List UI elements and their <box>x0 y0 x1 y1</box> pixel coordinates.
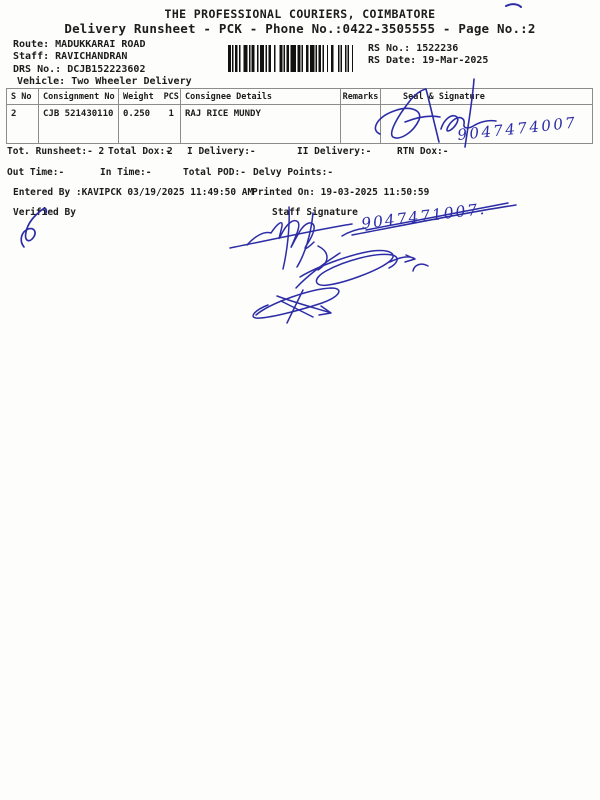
header-pcs: PCS <box>163 89 181 105</box>
rs-date-label: RS Date: <box>368 55 416 66</box>
rs-no-label: RS No.: <box>368 43 410 54</box>
header-consignee-details: Consignee Details <box>181 89 341 105</box>
rs-no-value: 1522236 <box>416 43 458 54</box>
rs-date-value: 19-Mar-2025 <box>422 55 488 66</box>
vehicle-label: Vehicle: <box>17 76 65 87</box>
runsheet-document: THE PROFESSIONAL COURIERS, COIMBATORE De… <box>0 0 600 800</box>
header-remarks: Remarks <box>341 89 381 105</box>
staff-label: Staff: <box>13 51 49 62</box>
header-consignment-no: Consignment No <box>39 89 119 105</box>
company-title: THE PROFESSIONAL COURIERS, COIMBATORE <box>0 7 600 21</box>
verified-by-label: Verified By <box>13 207 76 218</box>
vehicle-value: Two Wheeler Delivery <box>71 76 191 87</box>
out-time-label: Out Time:- <box>7 167 64 178</box>
printed-on: Printed On: 19-03-2025 11:50:59 <box>252 187 429 198</box>
staff-phone-handwriting: 9047471007. <box>360 200 487 233</box>
i-delivery-label: I Delivery:- <box>187 146 256 157</box>
total-dox-value: 2 <box>167 146 173 157</box>
rtn-dox-label: RTN Dox:- <box>397 146 448 157</box>
staff-signature-label: Staff Signature <box>272 207 358 218</box>
lower-scribble-ink <box>253 251 428 323</box>
cell-consignment-no: CJB 521430110 <box>39 105 119 144</box>
drs-line: DRS No.: DCJB152223602 <box>13 64 145 75</box>
in-time-label: In Time:- <box>100 167 151 178</box>
drs-label: DRS No.: <box>13 64 61 75</box>
cell-s-no: 2 <box>7 105 39 144</box>
entered-by: Entered By :KAVIPCK 03/19/2025 11:49:50 … <box>13 187 253 198</box>
rs-date-line: RS Date: 19-Mar-2025 <box>368 55 488 66</box>
cell-consignee: RAJ RICE MUNDY <box>181 105 341 144</box>
ii-delivery-label: II Delivery:- <box>297 146 371 157</box>
cell-pcs: 1 <box>163 105 181 144</box>
header-s-no: S No <box>7 89 39 105</box>
cell-seal-signature <box>381 105 593 144</box>
staff-line: Staff: RAVICHANDRAN <box>13 51 127 62</box>
staff-value: RAVICHANDRAN <box>55 51 127 62</box>
consignment-table: S No Consignment No Weight PCS Consignee… <box>6 88 593 144</box>
tot-runsheet-value: 2 <box>99 146 105 157</box>
header-weight: Weight <box>119 89 163 105</box>
route-line: Route: MADUKKARAI ROAD <box>13 39 145 50</box>
cell-remarks <box>341 105 381 144</box>
table-row: 2 CJB 521430110 0.250 1 RAJ RICE MUNDY <box>7 105 593 144</box>
delvy-points-label: Delvy Points:- <box>253 167 333 178</box>
total-pod-label: Total POD:- <box>183 167 246 178</box>
cell-weight: 0.250 <box>119 105 163 144</box>
vehicle-line: Vehicle: Two Wheeler Delivery <box>17 76 192 87</box>
drs-value: DCJB152223602 <box>67 64 145 75</box>
total-dox-label: Total Dox:- <box>108 146 171 157</box>
route-label: Route: <box>13 39 49 50</box>
route-value: MADUKKARAI ROAD <box>55 39 145 50</box>
tot-runsheet-label: Tot. Runsheet:- <box>7 146 93 157</box>
rs-no-line: RS No.: 1522236 <box>368 43 458 54</box>
barcode <box>228 45 356 72</box>
table-header-row: S No Consignment No Weight PCS Consignee… <box>7 89 593 105</box>
consignment-table-wrap: S No Consignment No Weight PCS Consignee… <box>6 88 593 144</box>
header-seal-signature: Seal & Signature <box>381 89 593 105</box>
tot-runsheet: Tot. Runsheet:- 2 <box>7 146 104 157</box>
runsheet-subtitle: Delivery Runsheet - PCK - Phone No.:0422… <box>0 21 600 36</box>
